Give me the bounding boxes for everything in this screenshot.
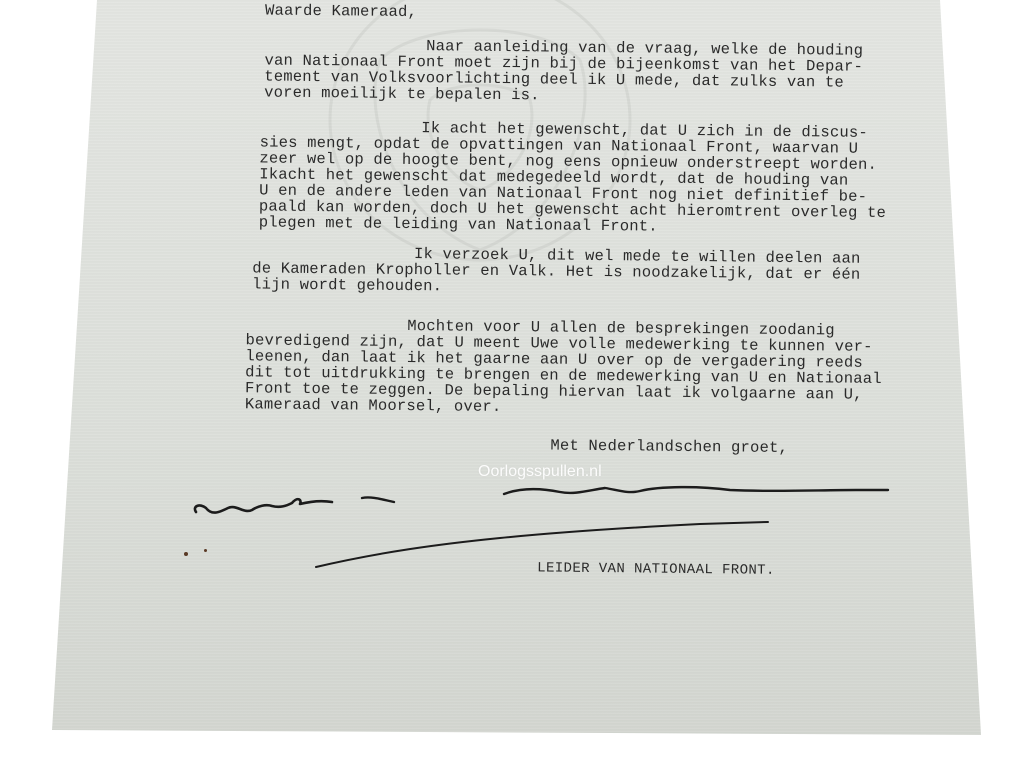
ink-spot (184, 552, 188, 556)
handwritten-signature (0, 0, 1024, 768)
ink-spot (204, 549, 207, 552)
site-watermark: Oorlogsspullen.nl (478, 463, 602, 481)
